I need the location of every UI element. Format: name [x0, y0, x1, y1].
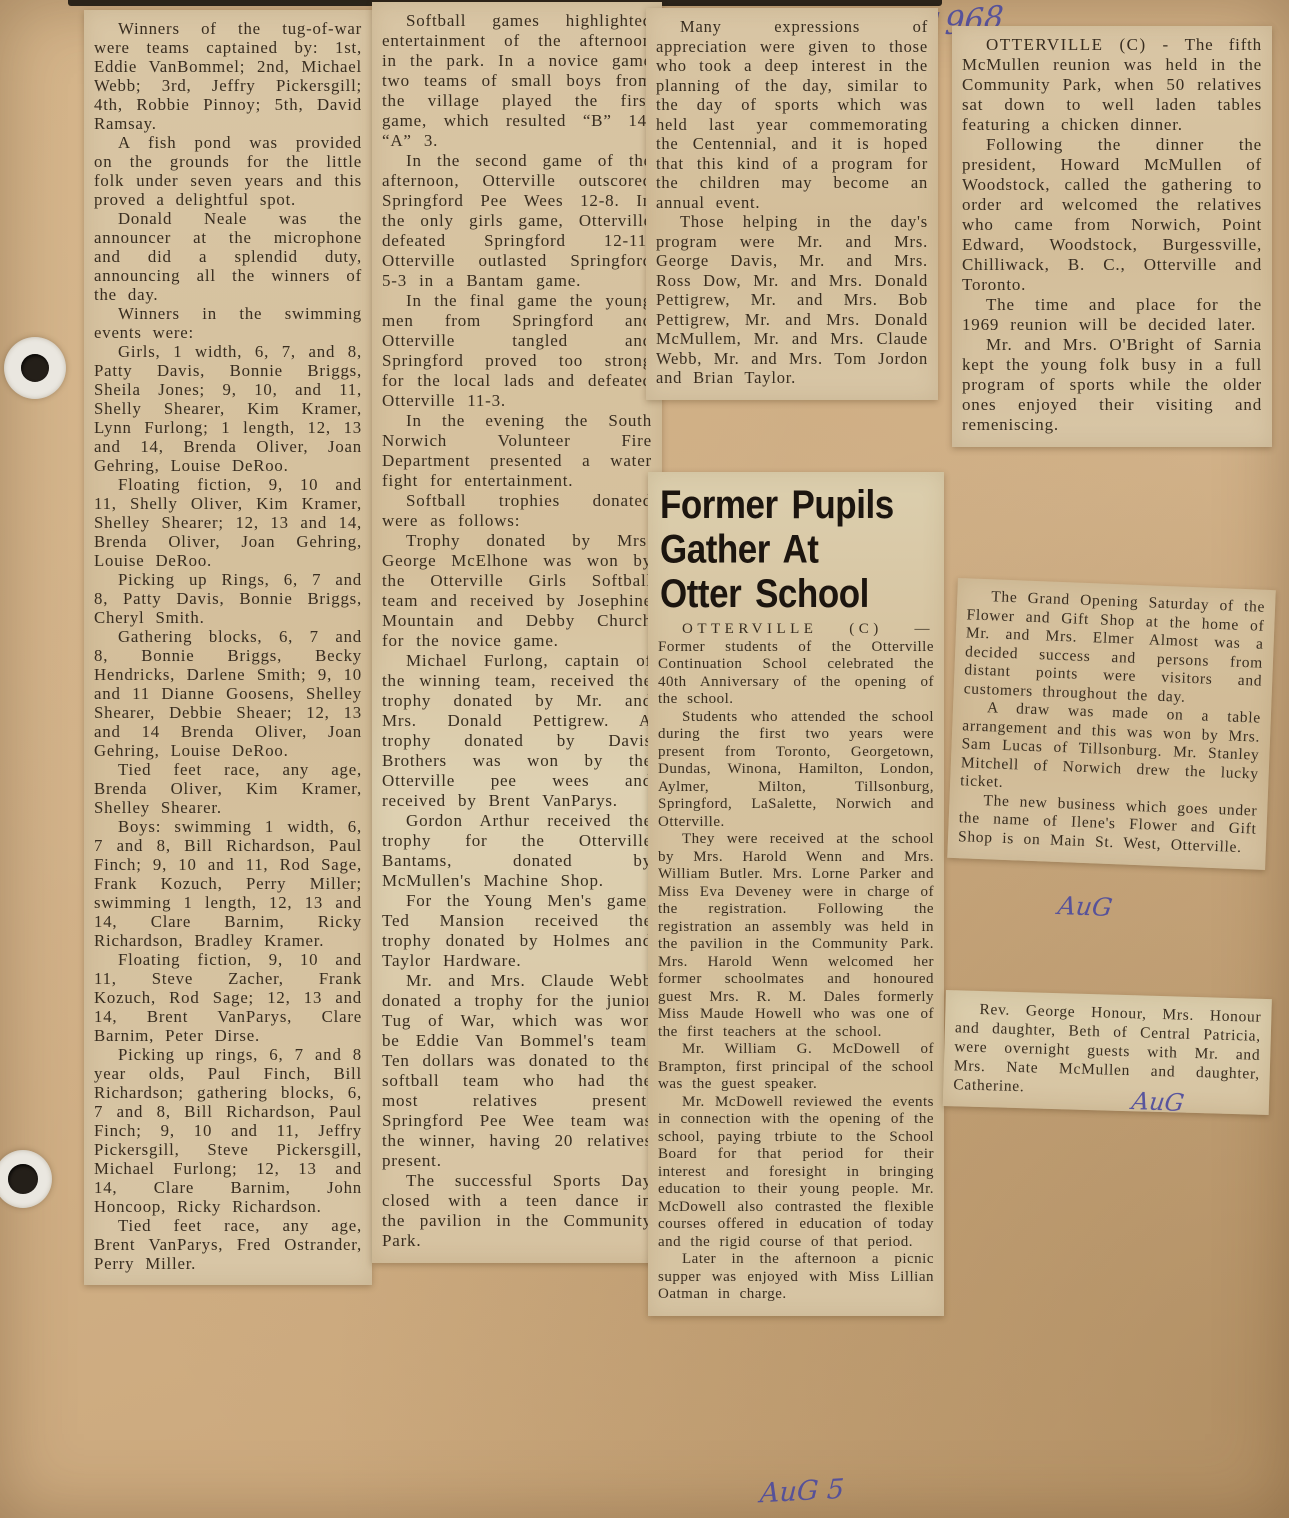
paragraph: The successful Sports Day closed with a …: [382, 1171, 652, 1251]
paragraph: Gathering blocks, 6, 7 and 8, Bonnie Bri…: [94, 627, 362, 760]
paragraph: Rev. George Honour, Mrs. Honour and daug…: [953, 999, 1262, 1103]
paragraph: Mr. and Mrs. Claude Webb donated a troph…: [382, 971, 652, 1171]
paragraph: Softball games highlighted entertainment…: [382, 11, 652, 151]
paragraph: Winners of the tug-of-war were teams cap…: [94, 19, 362, 133]
paragraph: Students who attended the school during …: [658, 709, 934, 832]
paragraph: OTTERVILLE (C) — Former students of the …: [658, 621, 934, 709]
paragraph: The new business which goes under the na…: [958, 791, 1258, 858]
dateline: OTTERVILLE (C) —: [682, 621, 934, 637]
paragraph: Picking up Rings, 6, 7 and 8, Patty Davi…: [94, 570, 362, 627]
paragraph: Softball trophies donated were as follow…: [382, 491, 652, 531]
paragraph: Michael Furlong, captain of the winning …: [382, 651, 652, 811]
paragraph: Mr. McDowell reviewed the events in conn…: [658, 1094, 934, 1252]
paragraph: Mr. William G. McDowell of Brampton, fir…: [658, 1041, 934, 1094]
paragraph: Winners in the swimming events were:: [94, 304, 362, 342]
headline-line: Former Pupils: [660, 483, 912, 528]
paragraph: In the second game of the afternoon, Ott…: [382, 151, 652, 291]
paragraph: Boys: swimming 1 width, 6, 7 and 8, Bill…: [94, 817, 362, 950]
paragraph: Those helping in the day's program were …: [656, 212, 928, 388]
paragraph: The time and place for the 1969 reunion …: [962, 295, 1262, 335]
paragraph: A fish pond was provided on the grounds …: [94, 133, 362, 209]
handwritten-date-aug-honour: AuG: [1130, 1087, 1186, 1117]
headline-line: Otter School: [660, 572, 912, 617]
paragraph: For the Young Men's game, Ted Mansion re…: [382, 891, 652, 971]
handwritten-date-aug5: AuG 5: [759, 1474, 845, 1510]
headline-line: Gather At: [660, 528, 912, 573]
clipping-softball-games: Softball games highlighted entertainment…: [372, 2, 662, 1263]
paragraph: Following the dinner the president, Howa…: [962, 135, 1262, 295]
hole-punch-hole: [8, 1164, 38, 1194]
paragraph: Floating fiction, 9, 10 and 11, Steve Za…: [94, 950, 362, 1045]
paragraph: Floating fiction, 9, 10 and 11, Shelly O…: [94, 475, 362, 570]
handwritten-date-aug-flower: AuG: [1056, 891, 1114, 922]
clipping-flower-gift-shop: The Grand Opening Saturday of the Flower…: [947, 578, 1276, 870]
clipping-sports-day-winners: Winners of the tug-of-war were teams cap…: [84, 10, 372, 1285]
scrapbook-page: 1968 Winners of the tug-of-war were team…: [0, 0, 1289, 1518]
paragraph: Picking up rings, 6, 7 and 8 year olds, …: [94, 1045, 362, 1216]
paragraph: A draw was made on a table arrangement a…: [960, 698, 1261, 802]
paragraph: In the final game the young men from Spr…: [382, 291, 652, 411]
paragraph: In the evening the South Norwich Volunte…: [382, 411, 652, 491]
hole-punch-top: [4, 337, 66, 399]
clipping-honour-visit: Rev. George Honour, Mrs. Honour and daug…: [943, 990, 1272, 1115]
paragraph: Tied feet race, any age, Brenda Oliver, …: [94, 760, 362, 817]
paragraph: Trophy donated by Mrs. George McElhone w…: [382, 531, 652, 651]
paragraph: Tied feet race, any age, Brent VanParys,…: [94, 1216, 362, 1273]
clipping-appreciation: Many expressions of appreciation were gi…: [646, 8, 938, 400]
paragraph-text: Former students of the Otterville Contin…: [658, 639, 934, 708]
paragraph: The Grand Opening Saturday of the Flower…: [963, 587, 1265, 709]
clipping-otter-school: Former Pupils Gather At Otter School OTT…: [648, 472, 944, 1316]
clipping-mcmullen-reunion: OTTERVILLE (C) - The fifth McMullen reun…: [952, 26, 1272, 447]
article-headline: Former Pupils Gather At Otter School: [660, 483, 912, 617]
paragraph: Gordon Arthur received the trophy for th…: [382, 811, 652, 891]
paragraph: Many expressions of appreciation were gi…: [656, 17, 928, 212]
paragraph: Girls, 1 width, 6, 7, and 8, Patty Davis…: [94, 342, 362, 475]
hole-punch-bottom: [0, 1150, 52, 1208]
paragraph: Donald Neale was the announcer at the mi…: [94, 209, 362, 304]
paragraph: They were received at the school by Mrs.…: [658, 831, 934, 1041]
paragraph: OTTERVILLE (C) - The fifth McMullen reun…: [962, 35, 1262, 135]
paragraph: Mr. and Mrs. O'Bright of Sarnia kept the…: [962, 335, 1262, 435]
paragraph: Later in the afternoon a picnic supper w…: [658, 1251, 934, 1304]
dateline: OTTERVILLE (C) -: [986, 35, 1170, 54]
hole-punch-hole: [21, 354, 49, 382]
